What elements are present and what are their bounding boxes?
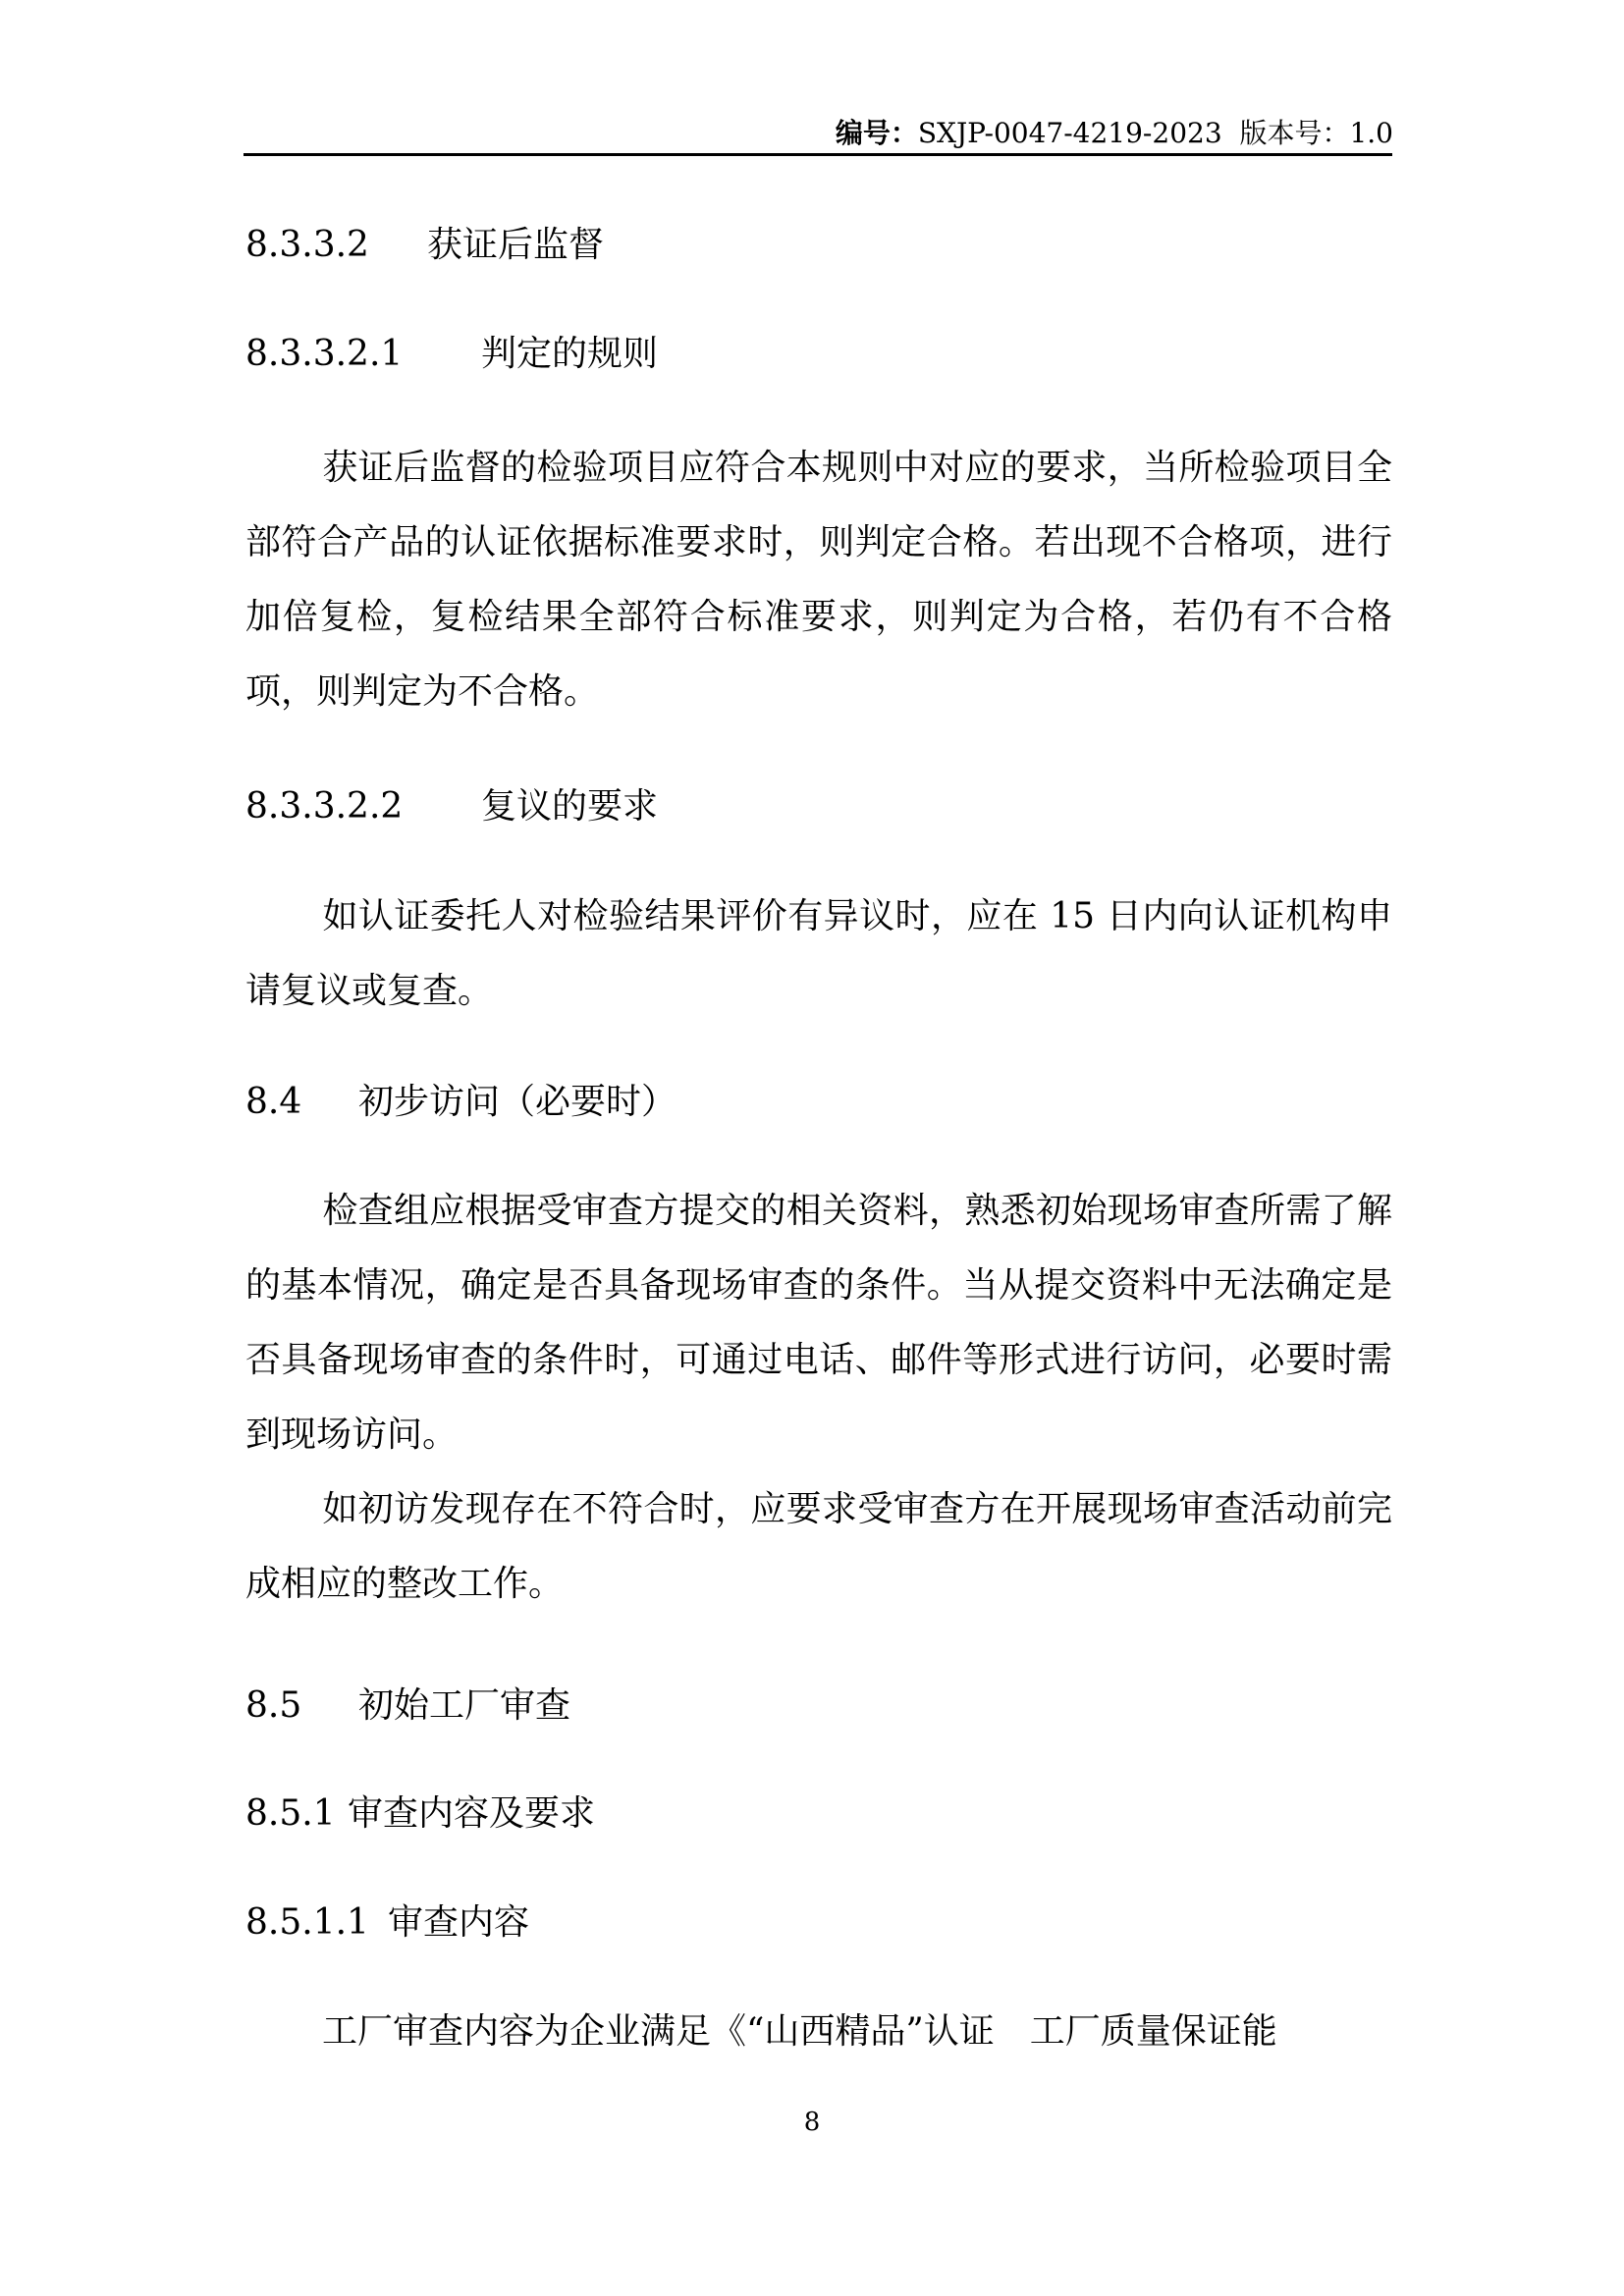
- section-title: 审查内容: [388, 1902, 529, 1943]
- section-number: 8.3.3.2.2: [245, 785, 393, 828]
- code-label: 编号：: [836, 117, 918, 149]
- section-heading-8-5: 8.5初始工厂审查: [245, 1684, 570, 1728]
- version-value: 1.0: [1349, 117, 1393, 149]
- section-heading-8-5-1: 8.5.1审查内容及要求: [245, 1792, 595, 1836]
- section-heading-8-5-1-1: 8.5.1.1审查内容: [245, 1901, 529, 1945]
- section-title: 审查内容及要求: [348, 1793, 595, 1834]
- section-title: 初始工厂审查: [358, 1685, 570, 1726]
- section-heading-8-4: 8.4初步访问（必要时）: [245, 1081, 677, 1124]
- version-label: 版本号：: [1239, 117, 1349, 149]
- code-value: SXJP-0047-4219-2023: [918, 117, 1222, 149]
- paragraph-initial-visit: 检查组应根据受审查方提交的相关资料，熟悉初始现场审查所需了解的基本情况，确定是否…: [245, 1174, 1392, 1472]
- paragraph-audit-content: 工厂审查内容为企业满足《“山西精品”认证 工厂质量保证能: [245, 1995, 1392, 2069]
- document-page: 编号：SXJP-0047-4219-2023 版本号：1.0 8.3.3.2获证…: [0, 0, 1624, 2296]
- paragraph-judgement-rules: 获证后监督的检验项目应符合本规则中对应的要求，当所检验项目全部符合产品的认证依据…: [245, 431, 1392, 729]
- section-heading-8-3-3-2: 8.3.3.2获证后监督: [245, 224, 604, 267]
- page-number: 8: [0, 2108, 1624, 2137]
- section-heading-8-3-3-2-2: 8.3.3.2.2复议的要求: [245, 785, 658, 828]
- paragraph-initial-visit-nonconformity: 如初访发现存在不符合时，应要求受审查方在开展现场审查活动前完成相应的整改工作。: [245, 1472, 1392, 1622]
- document-header: 编号：SXJP-0047-4219-2023 版本号：1.0: [836, 116, 1393, 151]
- section-title: 初步访问（必要时）: [358, 1082, 677, 1122]
- section-number: 8.5.1.1: [245, 1901, 358, 1945]
- section-title: 获证后监督: [427, 225, 604, 265]
- header-rule: [244, 153, 1392, 156]
- paragraph-reconsideration: 如认证委托人对检验结果评价有异议时，应在 15 日内向认证机构申请复议或复查。: [245, 880, 1392, 1029]
- section-heading-8-3-3-2-1: 8.3.3.2.1判定的规则: [245, 333, 658, 376]
- section-title: 判定的规则: [481, 334, 658, 374]
- section-title: 复议的要求: [481, 786, 658, 827]
- section-number: 8.3.3.2.1: [245, 333, 393, 376]
- section-number: 8.3.3.2: [245, 224, 363, 267]
- section-number: 8.5: [245, 1684, 304, 1728]
- section-number: 8.4: [245, 1081, 304, 1124]
- section-number: 8.5.1: [245, 1792, 334, 1836]
